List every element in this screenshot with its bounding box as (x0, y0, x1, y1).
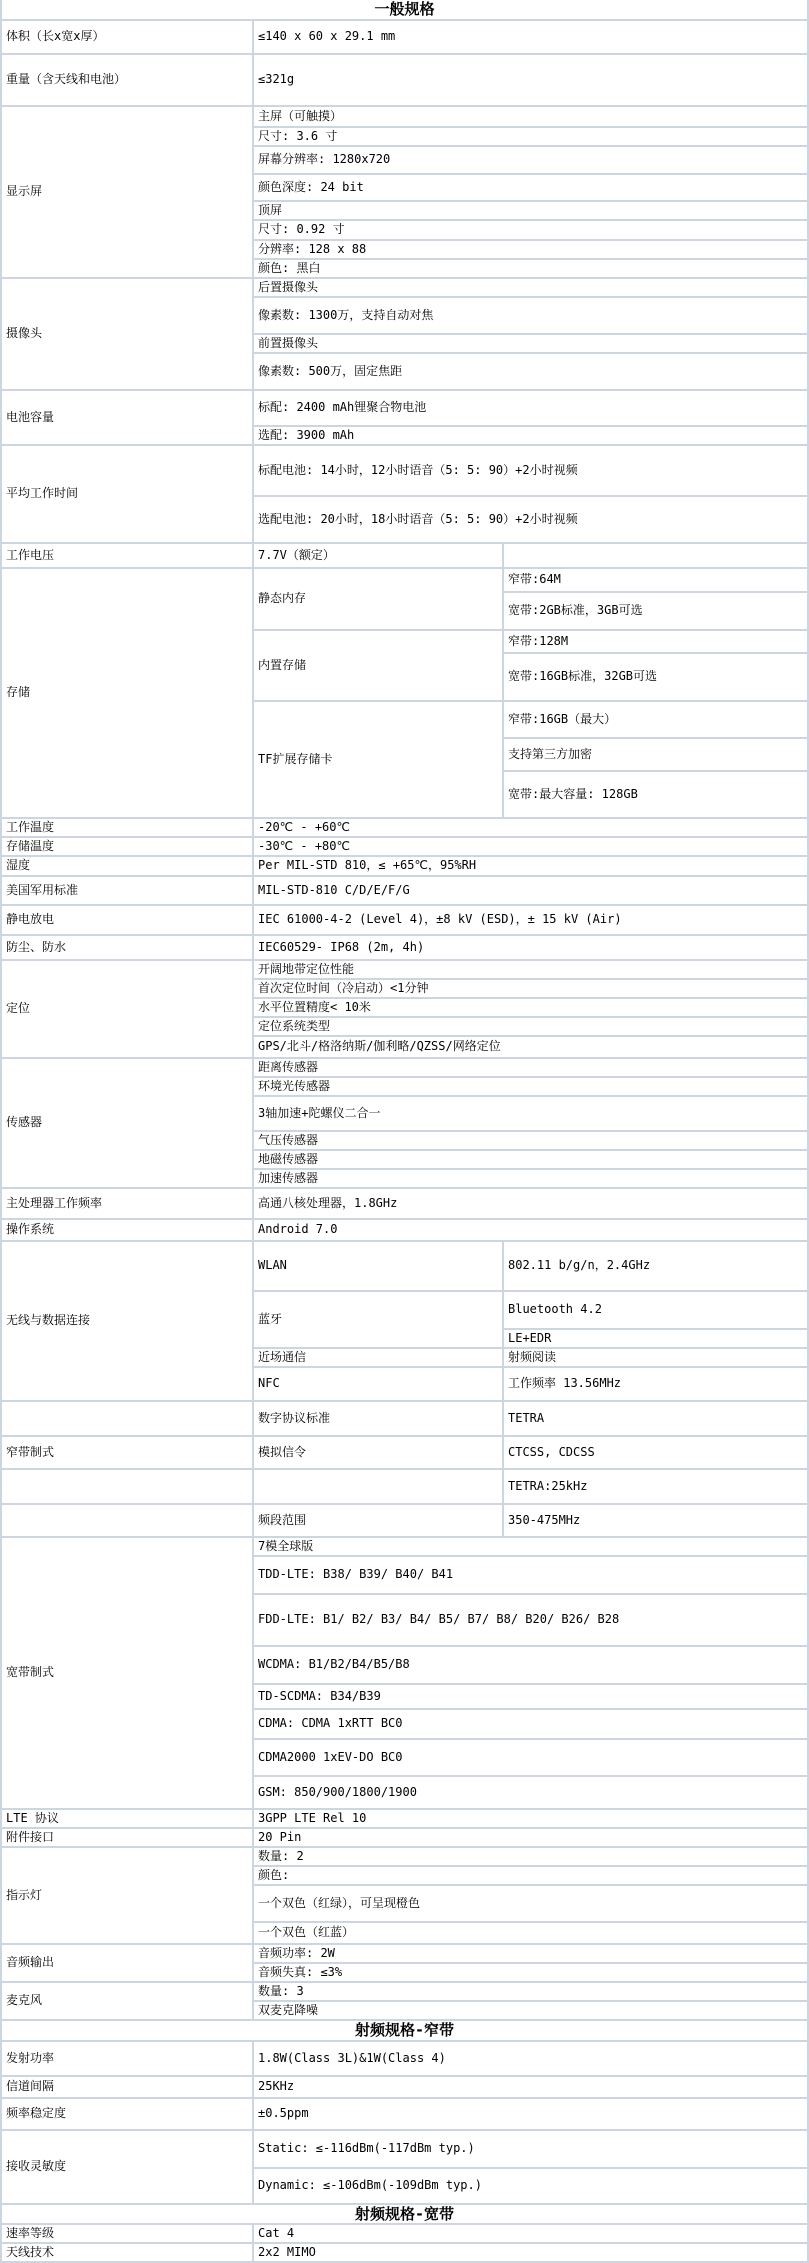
spec-category: 操作系统 (1, 1219, 253, 1241)
spec-category: 存储温度 (1, 837, 253, 856)
spec-subcategory: 数字协议标准 (253, 1401, 503, 1436)
spec-value: CDMA: CDMA 1xRTT BC0 (253, 1709, 808, 1739)
spec-value: MIL-STD-810 C/D/E/F/G (253, 876, 808, 905)
table-row: 存储静态内存窄带:64M (1, 568, 808, 592)
spec-value: 像素数: 500万，固定焦距 (253, 353, 808, 390)
section-header-rf-narrowband: 射频规格-窄带 (1, 2020, 808, 2041)
table-row: 静电放电IEC 61000-4-2 (Level 4)，±8 kV (ESD)，… (1, 905, 808, 935)
spec-subcategory: WLAN (253, 1241, 503, 1291)
spec-value: 音频失真: ≤3% (253, 1963, 808, 1982)
spec-value: 工作频率 13.56MHz (503, 1367, 808, 1401)
spec-value: -30℃ - +80℃ (253, 837, 808, 856)
table-row: 摄像头后置摄像头 (1, 278, 808, 297)
spec-value: ≤321g (253, 54, 808, 106)
table-row: LTE 协议3GPP LTE Rel 10 (1, 1809, 808, 1828)
spec-category: 电池容量 (1, 390, 253, 445)
table-row: 电池容量标配: 2400 mAh锂聚合物电池 (1, 390, 808, 426)
spec-category: 定位 (1, 960, 253, 1058)
spec-value: 首次定位时间（冷启动）<1分钟 (253, 979, 808, 998)
table-row: 信道间隔25KHz (1, 2076, 808, 2098)
spec-category (1, 1504, 253, 1537)
spec-value: ±0.5ppm (253, 2098, 808, 2130)
spec-value: 宽带:16GB标准，32GB可选 (503, 653, 808, 701)
table-row: 传感器距离传感器 (1, 1058, 808, 1077)
spec-value: 支持第三方加密 (503, 738, 808, 771)
spec-table-body: 一般规格体积（长x宽x厚）≤140 x 60 x 29.1 mm重量（含天线和电… (1, 0, 808, 2262)
spec-value: Per MIL-STD 810，≤ +65℃，95%RH (253, 856, 808, 876)
spec-value: 开阔地带定位性能 (253, 960, 808, 979)
spec-value: 3GPP LTE Rel 10 (253, 1809, 808, 1828)
table-row: 显示屏主屏（可触摸） (1, 106, 808, 127)
spec-category: 无线与数据连接 (1, 1241, 253, 1401)
spec-value: ≤140 x 60 x 29.1 mm (253, 20, 808, 54)
table-row: 防尘、防水IEC60529- IP68 (2m, 4h) (1, 935, 808, 960)
spec-value: 一个双色（红蓝） (253, 1922, 808, 1944)
spec-category: 体积（长x宽x厚） (1, 20, 253, 54)
table-row: 速率等级Cat 4 (1, 2224, 808, 2243)
spec-value: TDD-LTE: B38/ B39/ B40/ B41 (253, 1556, 808, 1594)
spec-value: 颜色: (253, 1866, 808, 1885)
table-row: 美国军用标准MIL-STD-810 C/D/E/F/G (1, 876, 808, 905)
spec-value: 高通八核处理器，1.8GHz (253, 1188, 808, 1219)
spec-value: 地磁传感器 (253, 1150, 808, 1169)
spec-subcategory: 模拟信令 (253, 1436, 503, 1469)
spec-category: 附件接口 (1, 1828, 253, 1847)
spec-value: 窄带:128M (503, 630, 808, 653)
table-row: 工作电压7.7V（额定） (1, 543, 808, 568)
spec-category: 窄带制式 (1, 1436, 253, 1469)
spec-subcategory: 近场通信 (253, 1348, 503, 1367)
table-row: 频段范围350-475MHz (1, 1504, 808, 1537)
spec-value: TD-SCDMA: B34/B39 (253, 1684, 808, 1709)
spec-category: 存储 (1, 568, 253, 818)
table-row: 窄带制式模拟信令CTCSS, CDCSS (1, 1436, 808, 1469)
spec-value: Bluetooth 4.2 (503, 1291, 808, 1329)
table-row: 存储温度-30℃ - +80℃ (1, 837, 808, 856)
spec-value: Android 7.0 (253, 1219, 808, 1241)
table-row: 天线技术2x2 MIMO (1, 2243, 808, 2262)
spec-category: 传感器 (1, 1058, 253, 1188)
spec-value: 宽带:2GB标准，3GB可选 (503, 592, 808, 630)
spec-category: 速率等级 (1, 2224, 253, 2243)
table-row: 麦克风数量: 3 (1, 1982, 808, 2001)
spec-value: 3轴加速+陀螺仪二合一 (253, 1096, 808, 1131)
spec-value: 双麦克降噪 (253, 2001, 808, 2020)
table-row: 射频规格-窄带 (1, 2020, 808, 2041)
spec-value: 窄带:64M (503, 568, 808, 592)
spec-value: 音频功率: 2W (253, 1944, 808, 1963)
table-row: 湿度Per MIL-STD 810，≤ +65℃，95%RH (1, 856, 808, 876)
spec-category: 显示屏 (1, 106, 253, 278)
table-row: 工作温度-20℃ - +60℃ (1, 818, 808, 837)
spec-category: 摄像头 (1, 278, 253, 390)
spec-value: 标配: 2400 mAh锂聚合物电池 (253, 390, 808, 426)
spec-category: 工作电压 (1, 543, 253, 568)
spec-value: Static: ≤-116dBm(-117dBm typ.) (253, 2130, 808, 2168)
table-row: 体积（长x宽x厚）≤140 x 60 x 29.1 mm (1, 20, 808, 54)
table-row: 主处理器工作频率高通八核处理器，1.8GHz (1, 1188, 808, 1219)
spec-value: 标配电池: 14小时，12小时语音（5: 5: 90）+2小时视频 (253, 445, 808, 496)
spec-value: TETRA (503, 1401, 808, 1436)
spec-category: 接收灵敏度 (1, 2130, 253, 2204)
spec-category: 发射功率 (1, 2041, 253, 2076)
table-row: TETRA:25kHz (1, 1469, 808, 1504)
table-row: 定位开阔地带定位性能 (1, 960, 808, 979)
spec-value: 射频阅读 (503, 1348, 808, 1367)
spec-value: CTCSS, CDCSS (503, 1436, 808, 1469)
spec-value: 20 Pin (253, 1828, 808, 1847)
spec-category: LTE 协议 (1, 1809, 253, 1828)
spec-category: 平均工作时间 (1, 445, 253, 543)
spec-value: 选配电池: 20小时，18小时语音（5: 5: 90）+2小时视频 (253, 496, 808, 543)
spec-value: 选配: 3900 mAh (253, 426, 808, 445)
spec-value: 25KHz (253, 2076, 808, 2098)
spec-category: 频率稳定度 (1, 2098, 253, 2130)
section-header-general-specs: 一般规格 (1, 0, 808, 20)
spec-category: 主处理器工作频率 (1, 1188, 253, 1219)
spec-value: 屏幕分辨率: 1280x720 (253, 146, 808, 174)
spec-value: LE+EDR (503, 1329, 808, 1348)
spec-value: GPS/北斗/格洛纳斯/伽利略/QZSS/网络定位 (253, 1036, 808, 1058)
table-row: 平均工作时间标配电池: 14小时，12小时语音（5: 5: 90）+2小时视频 (1, 445, 808, 496)
spec-value: 像素数: 1300万，支持自动对焦 (253, 297, 808, 334)
spec-value: -20℃ - +60℃ (253, 818, 808, 837)
spec-category: 音频输出 (1, 1944, 253, 1982)
spec-category: 美国军用标准 (1, 876, 253, 905)
spec-value: 数量: 2 (253, 1847, 808, 1866)
table-row: 数字协议标准TETRA (1, 1401, 808, 1436)
spec-subcategory: 频段范围 (253, 1504, 503, 1537)
spec-category: 静电放电 (1, 905, 253, 935)
spec-value: 分辨率: 128 x 88 (253, 240, 808, 259)
spec-value: 顶屏 (253, 201, 808, 220)
spec-value: 7模全球版 (253, 1537, 808, 1556)
spec-value: 水平位置精度< 10米 (253, 998, 808, 1017)
spec-category: 麦克风 (1, 1982, 253, 2020)
spec-value: 尺寸: 0.92 寸 (253, 220, 808, 240)
spec-value: 350-475MHz (503, 1504, 808, 1537)
spec-value: 7.7V（额定） (253, 543, 503, 568)
spec-value: 数量: 3 (253, 1982, 808, 2001)
spec-category: 重量（含天线和电池） (1, 54, 253, 106)
spec-category (1, 1401, 253, 1436)
spec-value: 后置摄像头 (253, 278, 808, 297)
spec-value: 环境光传感器 (253, 1077, 808, 1096)
spec-value: IEC60529- IP68 (2m, 4h) (253, 935, 808, 960)
spec-value (503, 543, 808, 568)
spec-value: 颜色深度: 24 bit (253, 174, 808, 201)
spec-category: 湿度 (1, 856, 253, 876)
spec-category: 工作温度 (1, 818, 253, 837)
spec-value: Dynamic: ≤-106dBm(-109dBm typ.) (253, 2168, 808, 2204)
spec-category: 天线技术 (1, 2243, 253, 2262)
spec-category (1, 1469, 253, 1504)
table-row: 附件接口20 Pin (1, 1828, 808, 1847)
spec-subcategory: 静态内存 (253, 568, 503, 630)
spec-value: 定位系统类型 (253, 1017, 808, 1036)
spec-value: 前置摄像头 (253, 334, 808, 353)
spec-value: 一个双色（红绿），可呈现橙色 (253, 1885, 808, 1922)
spec-category: 指示灯 (1, 1847, 253, 1944)
spec-category: 防尘、防水 (1, 935, 253, 960)
spec-category: 信道间隔 (1, 2076, 253, 2098)
spec-value: 主屏（可触摸） (253, 106, 808, 127)
spec-value: WCDMA: B1/B2/B4/B5/B8 (253, 1646, 808, 1684)
spec-subcategory: 蓝牙 (253, 1291, 503, 1348)
spec-value: 窄带:16GB（最大） (503, 701, 808, 738)
table-row: 频率稳定度±0.5ppm (1, 2098, 808, 2130)
spec-value: 802.11 b/g/n，2.4GHz (503, 1241, 808, 1291)
table-row: 操作系统Android 7.0 (1, 1219, 808, 1241)
spec-value: 加速传感器 (253, 1169, 808, 1188)
spec-value: IEC 61000-4-2 (Level 4)，±8 kV (ESD)，± 15… (253, 905, 808, 935)
spec-value: 宽带:最大容量: 128GB (503, 771, 808, 818)
table-row: 接收灵敏度Static: ≤-116dBm(-117dBm typ.) (1, 2130, 808, 2168)
spec-value: Cat 4 (253, 2224, 808, 2243)
table-row: 发射功率1.8W(Class 3L)&1W(Class 4) (1, 2041, 808, 2076)
table-row: 一般规格 (1, 0, 808, 20)
spec-category: 宽带制式 (1, 1537, 253, 1809)
table-row: 重量（含天线和电池）≤321g (1, 54, 808, 106)
spec-value: 尺寸: 3.6 寸 (253, 127, 808, 146)
spec-table: 一般规格体积（长x宽x厚）≤140 x 60 x 29.1 mm重量（含天线和电… (0, 0, 809, 2263)
spec-value: FDD-LTE: B1/ B2/ B3/ B4/ B5/ B7/ B8/ B20… (253, 1594, 808, 1646)
spec-value: CDMA2000 1xEV-DO BC0 (253, 1739, 808, 1776)
spec-value: TETRA:25kHz (503, 1469, 808, 1504)
spec-subcategory (253, 1469, 503, 1504)
table-row: 无线与数据连接WLAN802.11 b/g/n，2.4GHz (1, 1241, 808, 1291)
spec-value: 颜色: 黑白 (253, 259, 808, 278)
table-row: 宽带制式7模全球版 (1, 1537, 808, 1556)
spec-subcategory: NFC (253, 1367, 503, 1401)
section-header-rf-broadband: 射频规格-宽带 (1, 2204, 808, 2225)
spec-value: 2x2 MIMO (253, 2243, 808, 2262)
spec-value: 气压传感器 (253, 1131, 808, 1150)
table-row: 射频规格-宽带 (1, 2204, 808, 2225)
spec-subcategory: 内置存储 (253, 630, 503, 701)
spec-value: 1.8W(Class 3L)&1W(Class 4) (253, 2041, 808, 2076)
table-row: 音频输出音频功率: 2W (1, 1944, 808, 1963)
spec-value: 距离传感器 (253, 1058, 808, 1077)
table-row: 指示灯数量: 2 (1, 1847, 808, 1866)
spec-value: GSM: 850/900/1800/1900 (253, 1776, 808, 1809)
spec-subcategory: TF扩展存储卡 (253, 701, 503, 818)
